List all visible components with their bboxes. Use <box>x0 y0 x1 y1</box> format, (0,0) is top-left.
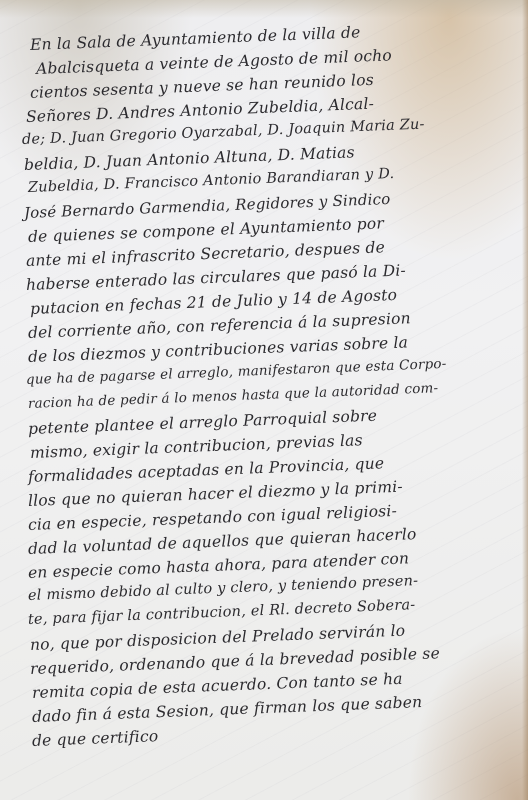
minutes-body: En la Sala de Ayuntamiento de la villa d… <box>0 0 528 800</box>
manuscript-page: En la Sala de Ayuntamiento de la villa d… <box>0 0 528 800</box>
text-line: de que certifico <box>32 727 159 750</box>
